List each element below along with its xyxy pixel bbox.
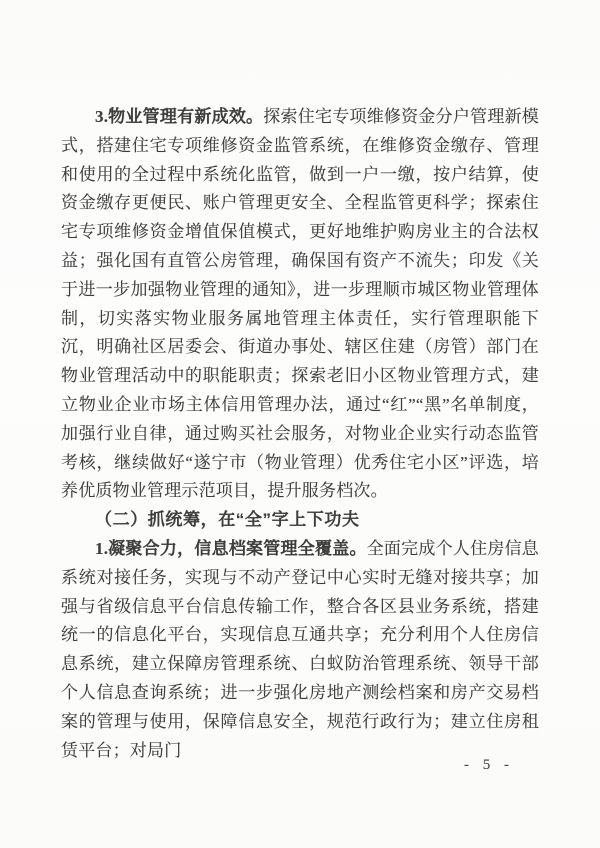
paragraph-information-archives: 1.凝聚合力，信息档案管理全覆盖。全面完成个人住房信息系统对接任务，实现与不动产…	[61, 535, 539, 765]
paragraph-property-management: 3.物业管理有新成效。探索住宅专项维修资金分户管理新模式，搭建住宅专项维修资金监…	[61, 103, 539, 506]
paragraph-lead-bold: 3.物业管理有新成效。	[95, 107, 263, 126]
section-heading: （二）抓统筹，在“全”字上下功夫	[61, 506, 539, 535]
document-page: 3.物业管理有新成效。探索住宅专项维修资金分户管理新模式，搭建住宅专项维修资金监…	[0, 0, 600, 848]
document-body: 3.物业管理有新成效。探索住宅专项维修资金分户管理新模式，搭建住宅专项维修资金监…	[61, 103, 539, 765]
paragraph-body-text: 探索住宅专项维修资金分户管理新模式，搭建住宅专项维修资金监管系统，在维修资金缴存…	[61, 107, 539, 500]
page-number: - 5 -	[464, 757, 514, 774]
paragraph-body-text: 全面完成个人住房信息系统对接任务，实现与不动产登记中心实时无缝对接共享；加强与省…	[61, 539, 539, 760]
paragraph-lead-bold: 1.凝聚合力，信息档案管理全覆盖。	[95, 539, 367, 558]
